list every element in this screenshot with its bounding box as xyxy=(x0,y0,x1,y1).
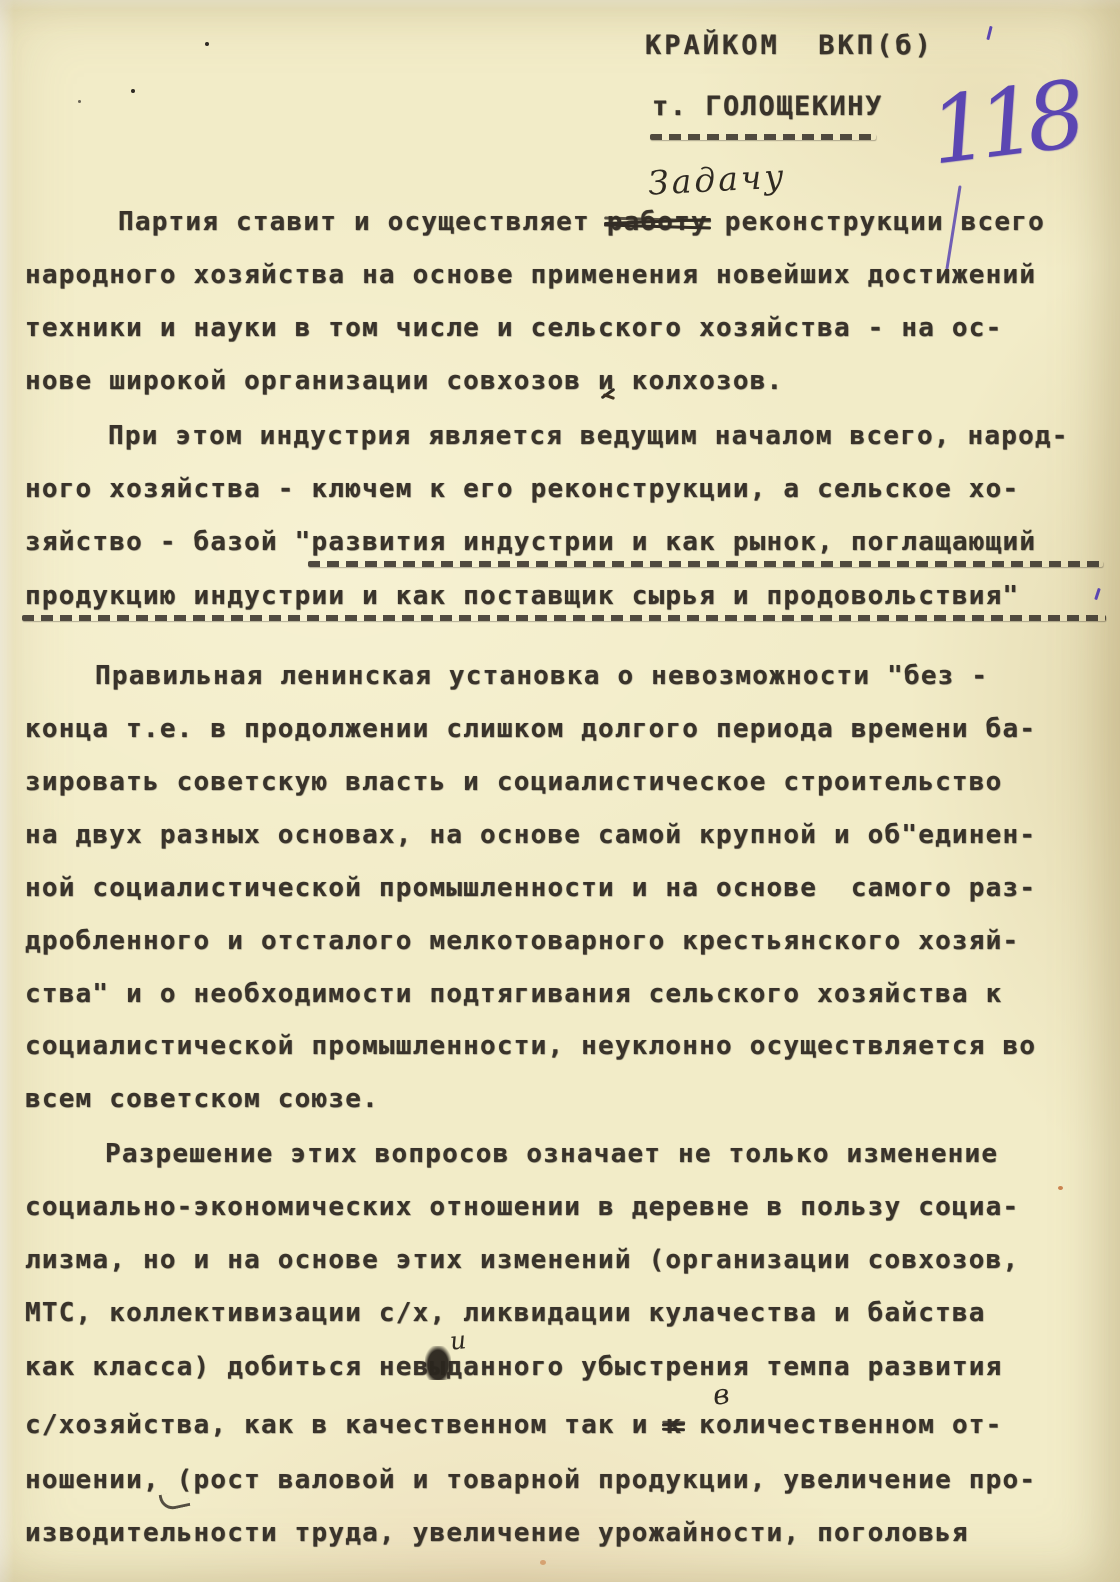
p4-line5-blotted-letter: ы xyxy=(429,1352,446,1382)
p4-line2: социально-экономических отношении в дере… xyxy=(25,1192,1019,1222)
handwritten-word-zadachu: Задачу xyxy=(647,156,787,202)
paper-speck xyxy=(205,42,209,46)
p3-line2: конца т.е. в продолжении слишком долгого… xyxy=(25,714,1036,744)
purple-ink-tick-quote xyxy=(1094,588,1101,600)
p1-line1-struck-word: работу xyxy=(607,207,708,237)
p2-line4: продукцию индустрии и как поставщик сырь… xyxy=(25,581,1019,611)
handwritten-letter-v: в xyxy=(711,1377,731,1412)
p2-line3-pre: зяйство - базой " xyxy=(25,527,312,557)
scanned-document-page: КРАЙКОМ ВКП(б) т. ГОЛОЩЕКИНУ 118 Задачу … xyxy=(0,0,1120,1582)
p4-line4: МТС, коллективизации с/х, ликвидации кул… xyxy=(25,1298,986,1328)
p4-line6-pre: с/хозяйства, как в качественном так и xyxy=(25,1410,665,1440)
p3-line3: зировать советскую власть и социалистиче… xyxy=(25,767,1003,797)
paper-speck xyxy=(131,89,135,93)
paper-stain-speck xyxy=(540,1560,546,1565)
recipient-person: т. ГОЛОЩЕКИНУ xyxy=(652,91,883,122)
p4-line8: изводительности труда, увеличение урожай… xyxy=(25,1518,969,1548)
quote-dashed-underline-1 xyxy=(308,561,1103,567)
p3-line1: Правильная ленинская установка о невозмо… xyxy=(95,661,988,691)
p2-line1: При этом индустрия является ведущим нача… xyxy=(108,421,1069,451)
header-dashed-underline xyxy=(650,134,876,140)
p3-line6: дробленного и отсталого мелкотоварного к… xyxy=(25,926,1019,956)
p4-line6-post: количественном от- xyxy=(682,1410,1002,1440)
p3-line5: ной социалистической промышленности и на… xyxy=(25,873,1036,903)
handwritten-letter-i: и xyxy=(449,1325,468,1356)
p1-line2: народного хозяйства на основе применения… xyxy=(25,260,1036,290)
p3-line7: ства" и о необходимости подтягивания сел… xyxy=(25,979,1003,1009)
recipient-org: КРАЙКОМ ВКП(б) xyxy=(645,30,934,61)
p4-line6-struck-letter: к xyxy=(665,1410,682,1440)
purple-ink-tick-top xyxy=(986,26,992,40)
p1-line1-post: реконструкции всего xyxy=(708,207,1045,237)
paper-speck xyxy=(78,100,81,103)
p4-line3: лизма, но и на основе этих изменений (ор… xyxy=(25,1245,1019,1275)
p1-line1: Партия ставит и осуществляет работу реко… xyxy=(118,207,1045,237)
p2-line3: зяйство - базой "развития индустрии и ка… xyxy=(25,527,1036,557)
p1-line4: нове широкой организации совхозов и колх… xyxy=(25,366,783,396)
p4-line1: Разрешение этих вопросов означает не тол… xyxy=(105,1139,998,1169)
handwritten-page-number: 118 xyxy=(925,69,1081,178)
p1-line3: техники и науки в том числе и сельского … xyxy=(25,313,1003,343)
p4-line5: как класса) добиться невыданного убыстре… xyxy=(25,1352,1003,1382)
p4-line5-pre: как класса) добиться нев xyxy=(25,1352,429,1382)
paper-stain-speck xyxy=(1058,1186,1063,1190)
p3-line4: на двух разных основах, на основе самой … xyxy=(25,820,1036,850)
p4-line6: с/хозяйства, как в качественном так и к … xyxy=(25,1410,1003,1440)
p3-line8: социалистической промышленности, неуклон… xyxy=(25,1031,1036,1061)
p2-line2: ного хозяйства - ключем к его реконструк… xyxy=(25,474,1019,504)
p2-line3-quoted: развития индустрии и как рынок, поглащаю… xyxy=(312,527,1037,557)
p1-line1-pre: Партия ставит и осуществляет xyxy=(118,207,607,237)
quote-dashed-underline-2 xyxy=(22,615,1106,621)
p3-line9: всем советском союзе. xyxy=(25,1084,379,1114)
